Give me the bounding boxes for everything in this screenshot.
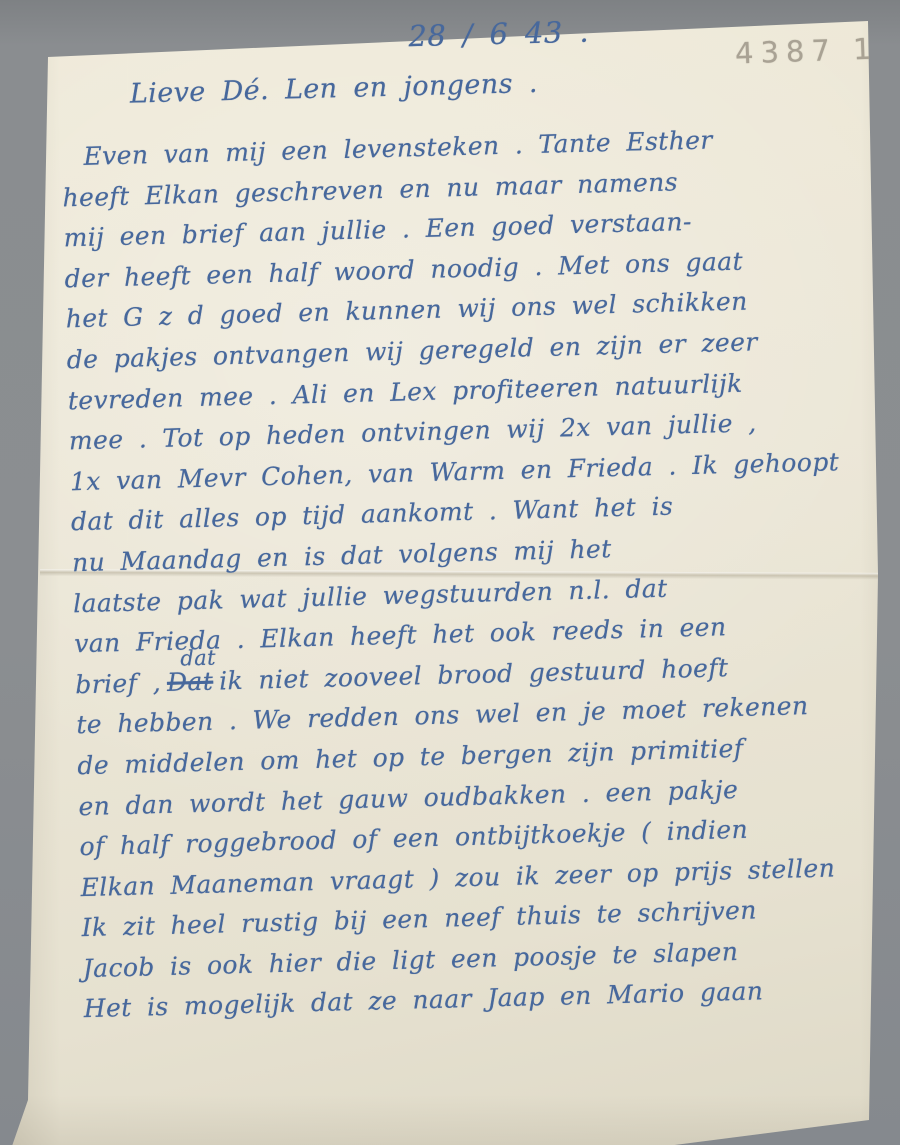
scanned-letter-stage: 4387 1 28 / 6 43 . Lieve Dé. Len en jong… — [0, 0, 900, 1145]
correction-group: datDat — [167, 666, 214, 696]
inserted-word: dat — [180, 645, 216, 670]
struck-word: Dat — [167, 666, 214, 696]
correction-prefix: brief , — [75, 668, 161, 699]
handwritten-text: 28 / 6 43 . Lieve Dé. Len en jongens . E… — [58, 8, 884, 1036]
